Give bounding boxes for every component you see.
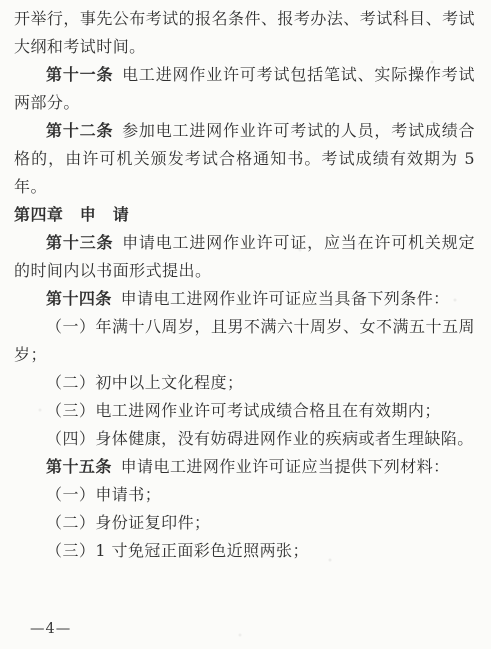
- article-11-paragraph: 第十一条电工进网作业许可考试包括笔试、实际操作考试两部分。: [14, 61, 475, 117]
- paragraph-text: 申请电工进网作业许可证应当具备下列条件：: [121, 289, 450, 308]
- list-item-4: （四）身体健康，没有妨碍进网作业的疾病或者生理缺陷。: [14, 425, 475, 453]
- text-block: 开举行，事先公布考试的报名条件、报考办法、考试科目、考试大纲和考试时间。 第十一…: [14, 5, 475, 565]
- page-number: —4—: [30, 621, 71, 637]
- paragraph-text: （四）身体健康，没有妨碍进网作业的疾病或者生理缺陷。: [46, 429, 474, 448]
- list-item-7: （三）1 寸免冠正面彩色近照两张；: [14, 537, 475, 565]
- paragraph-text: （二）初中以上文化程度；: [46, 373, 243, 392]
- paragraph-text: （三）电工进网作业许可考试成绩合格且在有效期内；: [46, 401, 441, 420]
- article-15-paragraph: 第十五条申请电工进网作业许可证应当提供下列材料：: [14, 453, 475, 481]
- chapter-heading: 第四章 申 请: [14, 201, 475, 229]
- article-number: 第十三条: [46, 233, 113, 252]
- article-number: 第十四条: [46, 289, 112, 308]
- article-14-paragraph: 第十四条申请电工进网作业许可证应当具备下列条件：: [14, 285, 475, 313]
- article-number: 第十二条: [46, 121, 113, 140]
- article-number: 第十一条: [46, 65, 113, 84]
- paragraph-text: （一）申请书；: [46, 485, 161, 504]
- paragraph-text: （三）1 寸免冠正面彩色近照两张；: [46, 541, 309, 560]
- paragraph-text: （二）身份证复印件；: [46, 513, 211, 532]
- list-item-5: （一）申请书；: [14, 481, 475, 509]
- paragraph-text: （一）年满十八周岁，且男不满六十周岁、女不满五十五周岁；: [14, 317, 475, 364]
- list-item-2: （二）初中以上文化程度；: [14, 369, 475, 397]
- article-13-paragraph: 第十三条申请电工进网作业许可证，应当在许可机关规定的时间内以书面形式提出。: [14, 229, 475, 285]
- list-item-1: （一）年满十八周岁，且男不满六十周岁、女不满五十五周岁；: [14, 313, 475, 369]
- paragraph-text: 开举行，事先公布考试的报名条件、报考办法、考试科目、考试大纲和考试时间。: [14, 9, 475, 56]
- paragraph-continuation: 开举行，事先公布考试的报名条件、报考办法、考试科目、考试大纲和考试时间。: [14, 5, 475, 61]
- document-page: 开举行，事先公布考试的报名条件、报考办法、考试科目、考试大纲和考试时间。 第十一…: [0, 0, 491, 649]
- article-number: 第十五条: [46, 457, 112, 476]
- list-item-6: （二）身份证复印件；: [14, 509, 475, 537]
- article-12-paragraph: 第十二条参加电工进网作业许可考试的人员，考试成绩合格的，由许可机关颁发考试合格通…: [14, 117, 475, 201]
- list-item-3: （三）电工进网作业许可考试成绩合格且在有效期内；: [14, 397, 475, 425]
- paragraph-text: 申请电工进网作业许可证应当提供下列材料：: [121, 457, 450, 476]
